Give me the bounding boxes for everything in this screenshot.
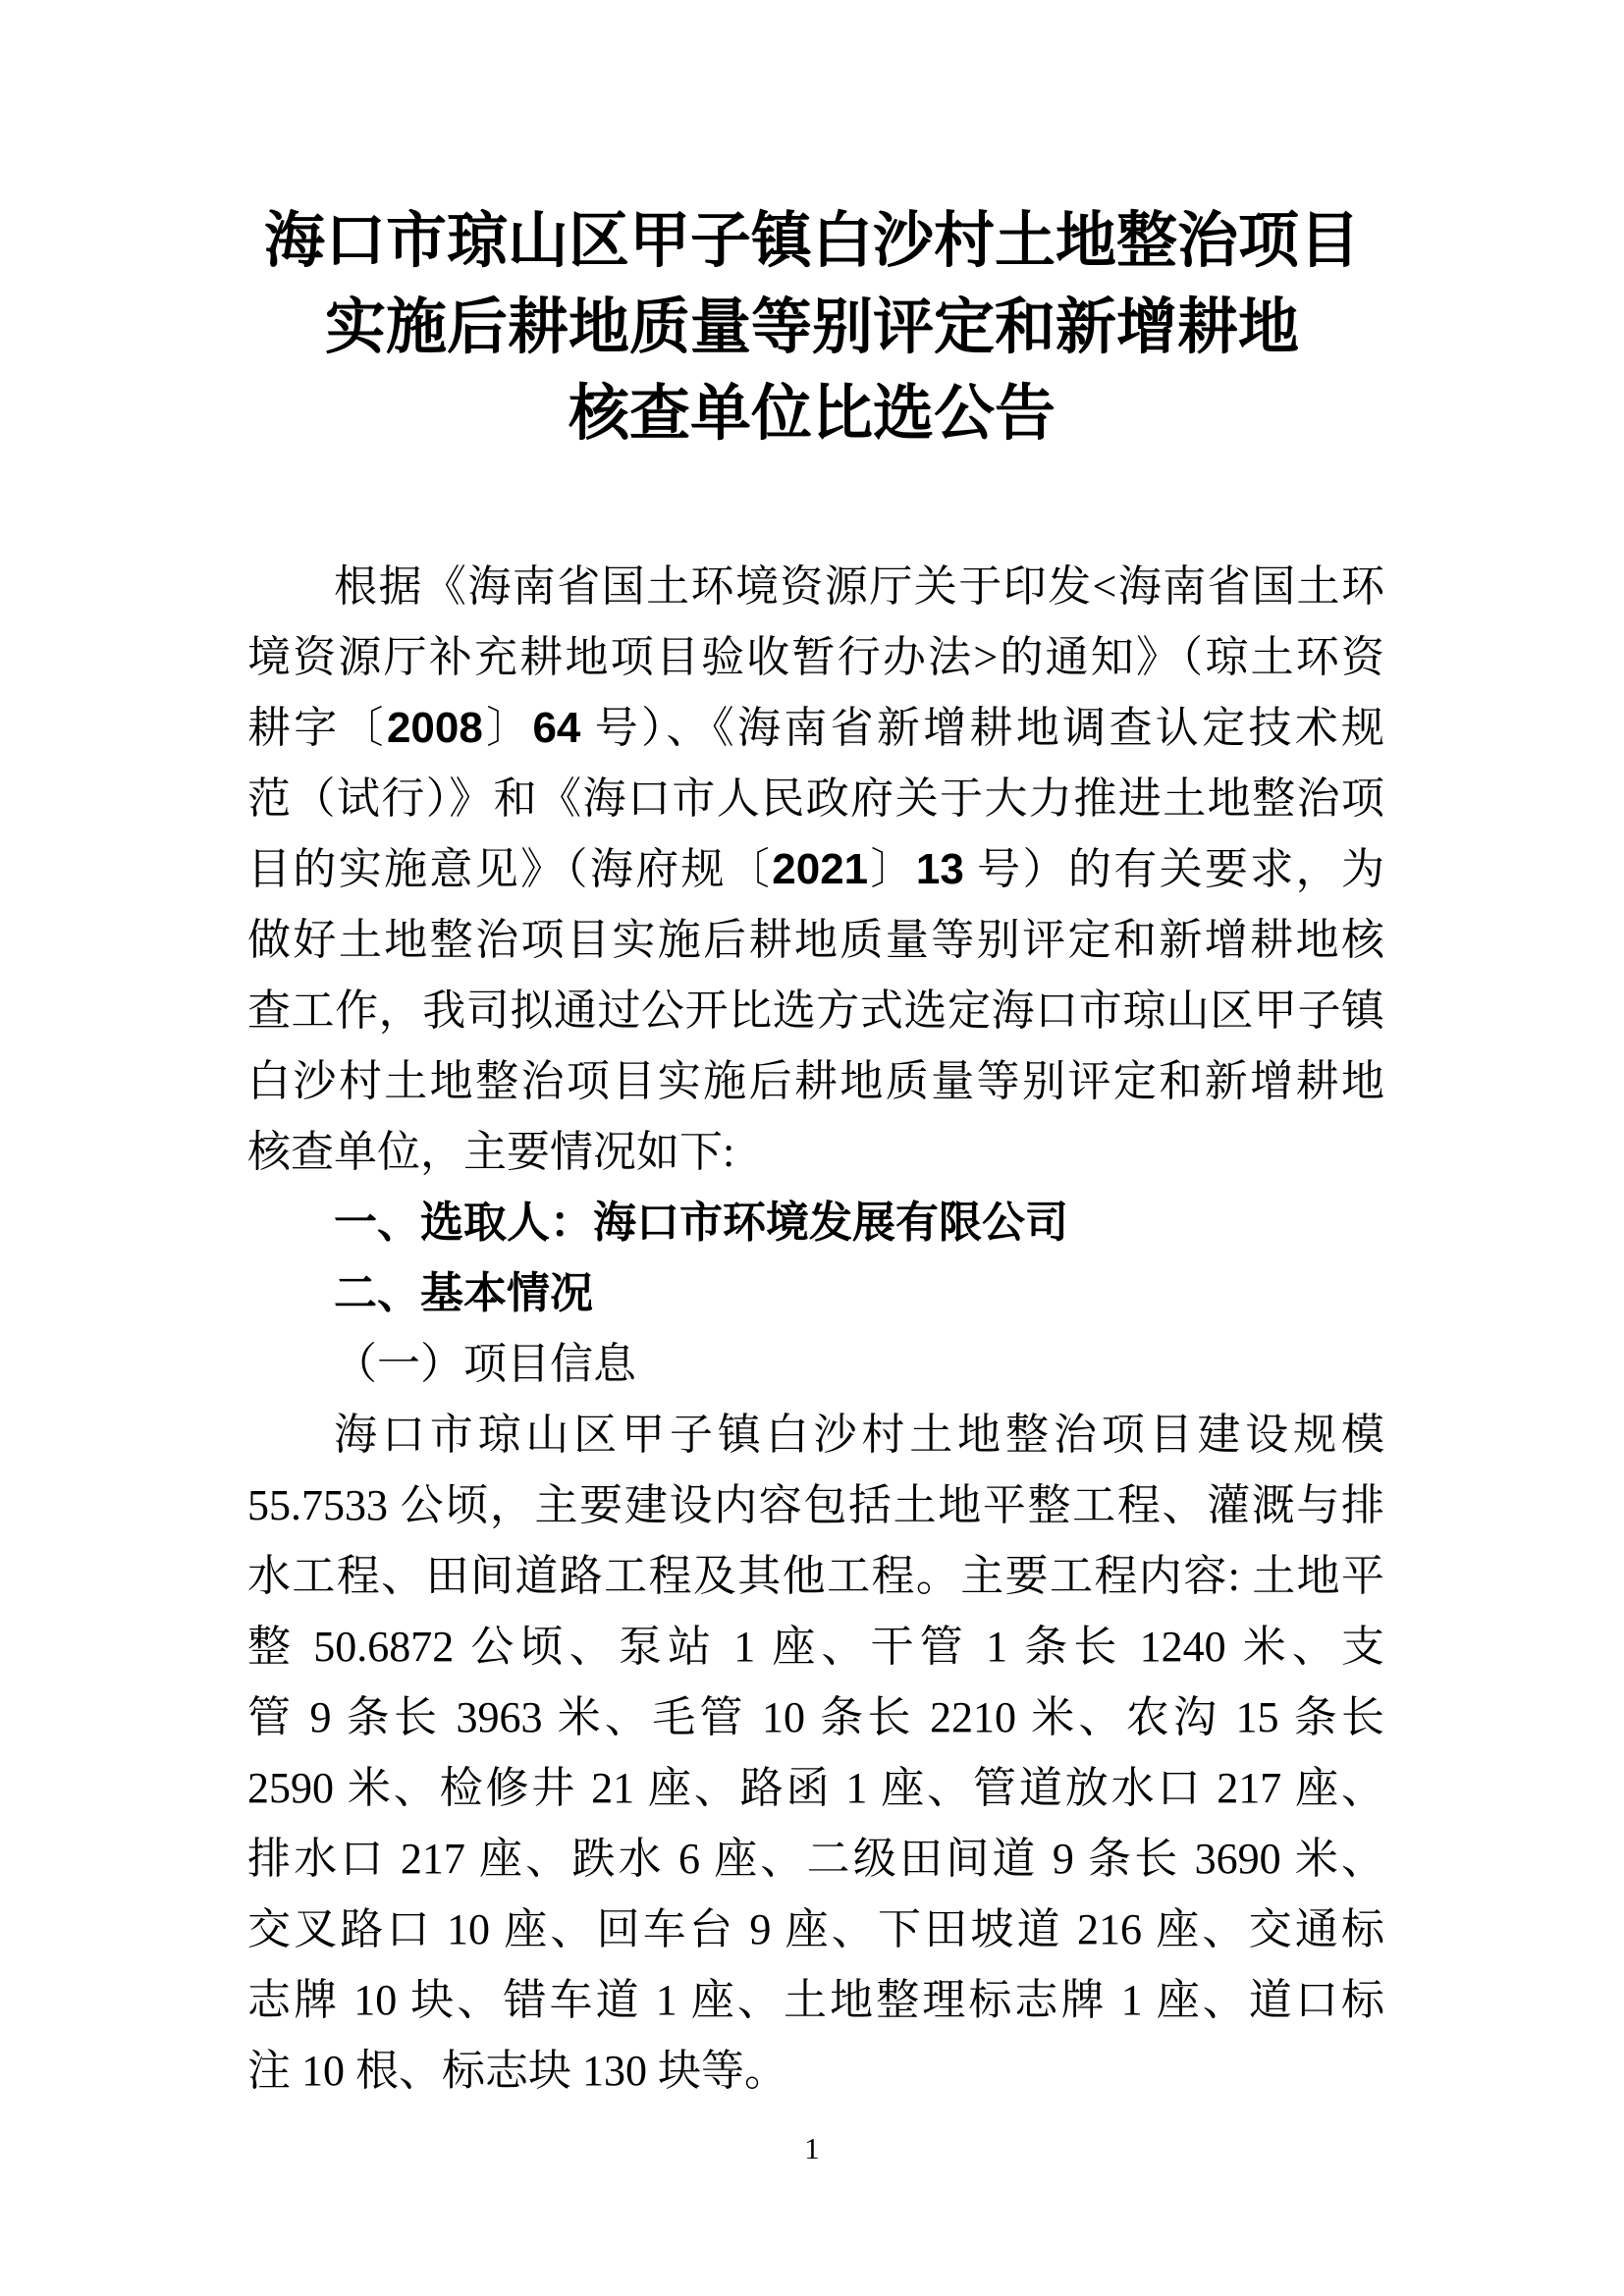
- number: 21: [591, 1764, 634, 1812]
- number: 9: [1053, 1835, 1074, 1883]
- text-line: 55.7533 公顷，主要建设内容包括土地平整工程、灌溉与排: [247, 1470, 1384, 1541]
- text-line: 管 9 条长 3963 米、毛管 10 条长 2210 米、农沟 15 条长: [247, 1682, 1384, 1753]
- text-line: 2590 米、检修井 21 座、路函 1 座、管道放水口 217 座、: [247, 1753, 1384, 1824]
- text-line: 海口市琼山区甲子镇白沙村土地整治项目建设规模: [247, 1400, 1384, 1470]
- number: 15: [1236, 1693, 1279, 1741]
- number: 50.6872: [313, 1623, 454, 1671]
- number: 9: [310, 1693, 332, 1741]
- number: 10: [447, 1905, 490, 1953]
- paragraph-subheading-project-info: （一）项目信息: [247, 1329, 1384, 1400]
- number: 3963: [457, 1693, 543, 1741]
- title-line-3: 核查单位比选公告: [0, 371, 1624, 457]
- number: 6: [678, 1835, 700, 1883]
- text-line: 核查单位，主要情况如下:: [247, 1117, 1384, 1188]
- text-line: 一、选取人：海口市环境发展有限公司: [247, 1188, 1384, 1258]
- number: 1: [1121, 1976, 1143, 2024]
- number: 2210: [930, 1693, 1016, 1741]
- number: 55.7533: [247, 1481, 388, 1529]
- document-title: 海口市琼山区甲子镇白沙村土地整治项目 实施后耕地质量等别评定和新增耕地 核查单位…: [0, 198, 1624, 457]
- title-line-2: 实施后耕地质量等别评定和新增耕地: [0, 285, 1624, 371]
- number: 1: [986, 1623, 1007, 1671]
- number: 216: [1077, 1905, 1142, 1953]
- number: 13: [916, 845, 964, 893]
- title-line-1: 海口市琼山区甲子镇白沙村土地整治项目: [0, 198, 1624, 285]
- text-line: 根据《海南省国土环境资源厅关于印发<海南省国土环: [247, 552, 1384, 622]
- text-line: 交叉路口 10 座、回车台 9 座、下田坡道 216 座、交通标: [247, 1895, 1384, 1965]
- text-line: 整 50.6872 公顷、泵站 1 座、干管 1 条长 1240 米、支: [247, 1612, 1384, 1682]
- document-page: 海口市琼山区甲子镇白沙村土地整治项目 实施后耕地质量等别评定和新增耕地 核查单位…: [0, 0, 1624, 2296]
- document-body: 根据《海南省国土环境资源厅关于印发<海南省国土环境资源厅补充耕地项目验收暂行办法…: [247, 552, 1384, 2107]
- number: 3690: [1195, 1835, 1281, 1883]
- number: 1240: [1140, 1623, 1226, 1671]
- paragraph-project-details: 海口市琼山区甲子镇白沙村土地整治项目建设规模55.7533 公顷，主要建设内容包…: [247, 1400, 1384, 2107]
- number: 64: [532, 704, 580, 752]
- number: 1: [733, 1623, 755, 1671]
- number: 217: [1217, 1764, 1281, 1812]
- text-line: 境资源厅补充耕地项目验收暂行办法>的通知》（琼土环资: [247, 622, 1384, 693]
- paragraph-heading-selector: 一、选取人：海口市环境发展有限公司: [247, 1188, 1384, 1258]
- number: 2021: [772, 845, 868, 893]
- number: 9: [749, 1905, 771, 1953]
- text-line: 排水口 217 座、跌水 6 座、二级田间道 9 条长 3690 米、: [247, 1824, 1384, 1895]
- text-line: 查工作，我司拟通过公开比选方式选定海口市琼山区甲子镇: [247, 976, 1384, 1046]
- text-line: 做好土地整治项目实施后耕地质量等别评定和新增耕地核: [247, 905, 1384, 976]
- text-line: 耕字〔2008〕64 号）、《海南省新增耕地调查认定技术规: [247, 693, 1384, 764]
- number: 10: [762, 1693, 805, 1741]
- text-line: 志牌 10 块、错车道 1 座、土地整理标志牌 1 座、道口标: [247, 1965, 1384, 2036]
- text-line: 二、基本情况: [247, 1258, 1384, 1329]
- paragraph-intro: 根据《海南省国土环境资源厅关于印发<海南省国土环境资源厅补充耕地项目验收暂行办法…: [247, 552, 1384, 1188]
- text-line: 白沙村土地整治项目实施后耕地质量等别评定和新增耕地: [247, 1046, 1384, 1117]
- text-line: 注 10 根、标志块 130 块等。: [247, 2036, 1384, 2107]
- page-number: 1: [0, 2132, 1624, 2165]
- number: 1: [845, 1764, 867, 1812]
- text-line: 水工程、田间道路工程及其他工程。主要工程内容: 土地平: [247, 1541, 1384, 1612]
- text-line: 范（试行）》和《海口市人民政府关于大力推进土地整治项: [247, 764, 1384, 834]
- paragraph-heading-basic-info: 二、基本情况: [247, 1258, 1384, 1329]
- number: 10: [353, 1976, 397, 2024]
- number: 130: [582, 2047, 647, 2095]
- number: 217: [401, 1835, 465, 1883]
- text-line: （一）项目信息: [247, 1329, 1384, 1400]
- text-line: 目的实施意见》（海府规〔2021〕13 号）的有关要求，为: [247, 834, 1384, 905]
- number: 1: [656, 1976, 677, 2024]
- number: 2590: [247, 1764, 334, 1812]
- number: 2008: [387, 704, 483, 752]
- number: 10: [301, 2047, 345, 2095]
